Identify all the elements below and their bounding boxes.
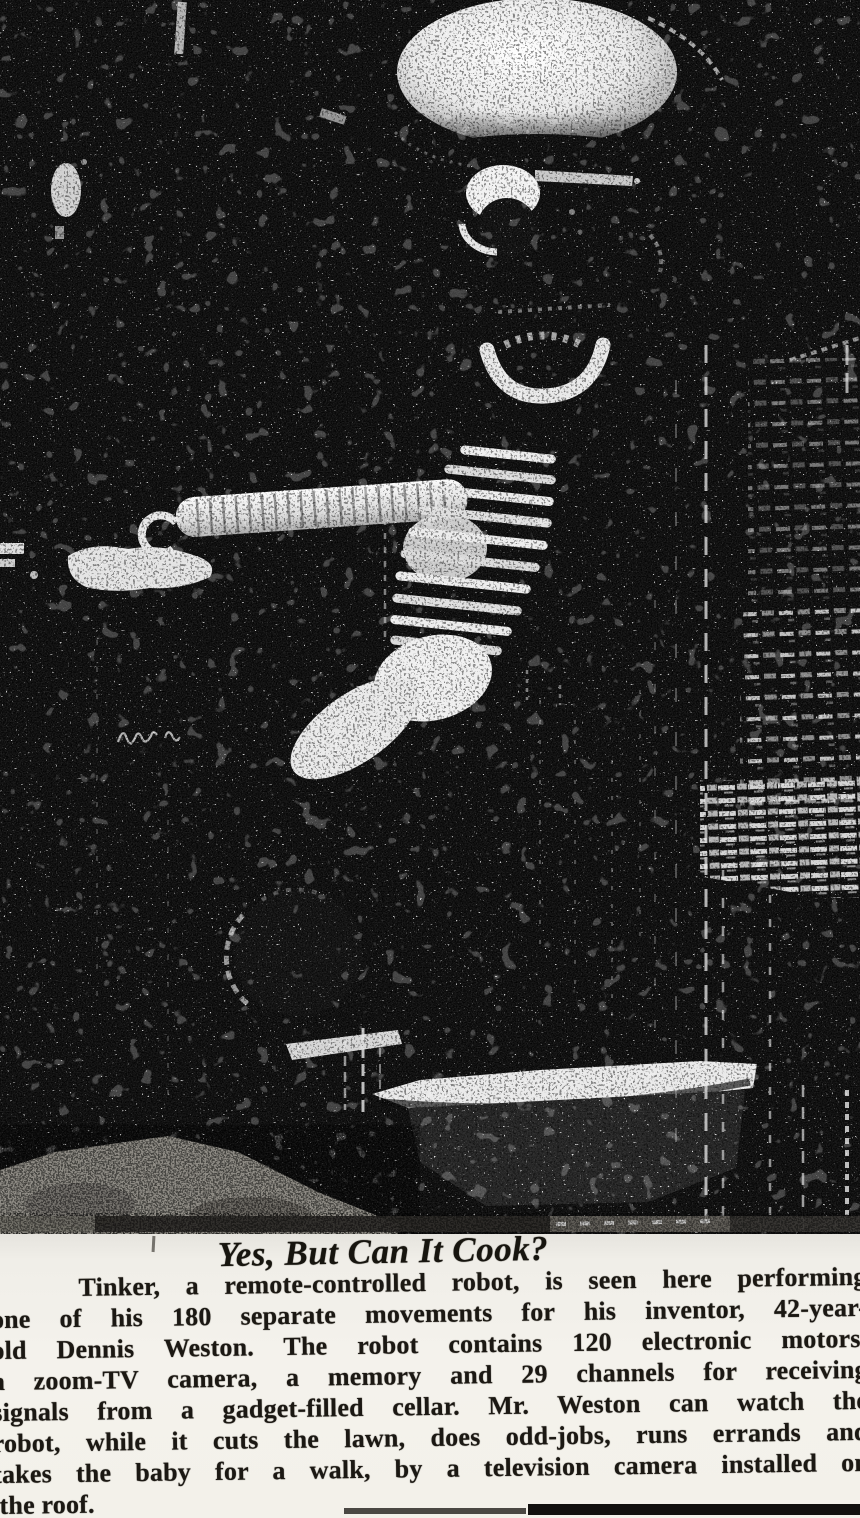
caption-area: Yes, But Can It Cook? Tinker, a remote-c… [0, 1234, 860, 1518]
robot-photo [0, 0, 860, 1234]
ink-bar-small [344, 1508, 526, 1514]
caption-paragraph: Tinker, a remote-controlled robot, is se… [0, 1261, 860, 1518]
ink-bar [528, 1504, 860, 1515]
robot-photo-canvas [0, 0, 860, 1234]
blotch-overlay [0, 0, 860, 1234]
tick-mark [152, 1236, 156, 1252]
newspaper-clipping: Yes, But Can It Cook? Tinker, a remote-c… [0, 0, 860, 1518]
